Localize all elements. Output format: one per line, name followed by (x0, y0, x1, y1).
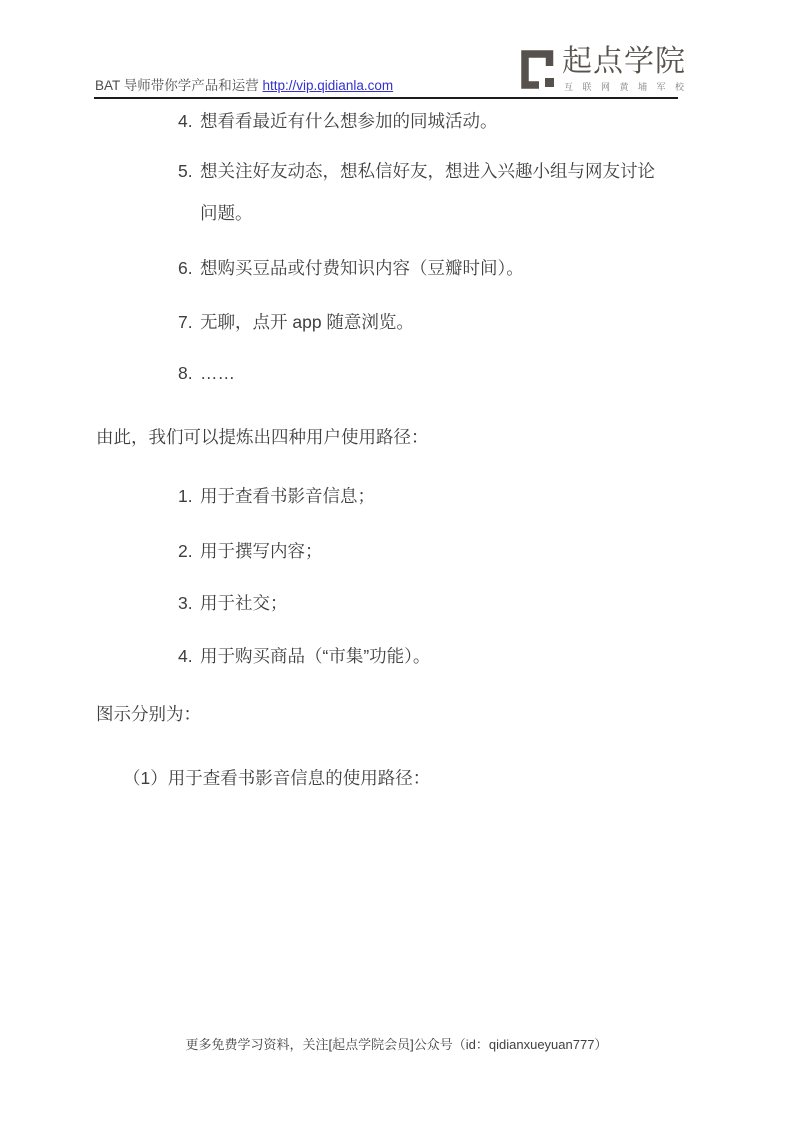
logo-subtitle: 互联网黄埔军校 (564, 80, 694, 93)
header-link[interactable]: http://vip.qidianla.com (263, 78, 394, 93)
header-tagline: BAT 导师带你学产品和运营 http://vip.qidianla.com (95, 72, 393, 100)
header-tagline-text: BAT 导师带你学产品和运营 (95, 78, 263, 93)
qidian-logo-icon (521, 50, 554, 89)
document-page: BAT 导师带你学产品和运营 http://vip.qidianla.com 起… (0, 0, 793, 1122)
list-item: 6.想购买豆品或付费知识内容（豆瓣时间）。 (200, 247, 670, 289)
list-item-number: 8. (178, 352, 193, 394)
caption-text: 用于查看书影音信息的使用路径： (168, 768, 431, 788)
logo-text-column: 起点学院 互联网黄埔军校 (562, 47, 694, 93)
list-item-text: 想看看最近有什么想参加的同城活动。 (200, 111, 498, 131)
caption-number: （1） (123, 768, 168, 788)
list-item-number: 3. (178, 582, 193, 624)
list-item-number: 4. (178, 100, 193, 142)
list-item-text: 用于查看书影音信息； (200, 486, 375, 506)
header-divider (94, 97, 678, 99)
list-item: 2.用于撰写内容； (200, 530, 670, 572)
paragraph: 图示分别为： (96, 693, 678, 735)
paragraph: 由此，我们可以提炼出四种用户使用路径： (96, 416, 678, 458)
list-item-text: 想购买豆品或付费知识内容（豆瓣时间）。 (200, 258, 524, 278)
list-item-text: 用于购买商品（“市集”功能）。 (200, 646, 430, 666)
list-item-text: 无聊，点开 app 随意浏览。 (200, 312, 414, 332)
list-item-number: 1. (178, 475, 193, 517)
list-item-text: 想关注好友动态，想私信好友，想进入兴趣小组与网友讨论问题。 (200, 161, 655, 223)
list-item-number: 4. (178, 635, 193, 677)
logo-name: 起点学院 (562, 47, 694, 77)
list-item-text: 用于社交； (200, 593, 288, 613)
footer-note: 更多免费学习资料，关注[起点学院会员]公众号（id：qidianxueyuan7… (0, 1035, 793, 1055)
list-item: 4.用于购买商品（“市集”功能）。 (200, 635, 670, 677)
list-item-number: 2. (178, 530, 193, 572)
list-item: 4.想看看最近有什么想参加的同城活动。 (200, 100, 670, 142)
list-item-number: 7. (178, 301, 193, 343)
caption-line: （1）用于查看书影音信息的使用路径： (123, 757, 663, 799)
list-item: 7.无聊，点开 app 随意浏览。 (200, 301, 670, 343)
list-item-text: …… (200, 363, 235, 383)
qidian-logo: 起点学院 互联网黄埔军校 (521, 47, 694, 93)
list-item: 1.用于查看书影音信息； (200, 475, 670, 517)
list-item: 3.用于社交； (200, 582, 670, 624)
list-item: 5.想关注好友动态，想私信好友，想进入兴趣小组与网友讨论问题。 (200, 150, 670, 234)
list-item-text: 用于撰写内容； (200, 541, 323, 561)
list-item-number: 6. (178, 247, 193, 289)
list-item-number: 5. (178, 150, 193, 192)
list-item: 8.…… (200, 352, 670, 394)
